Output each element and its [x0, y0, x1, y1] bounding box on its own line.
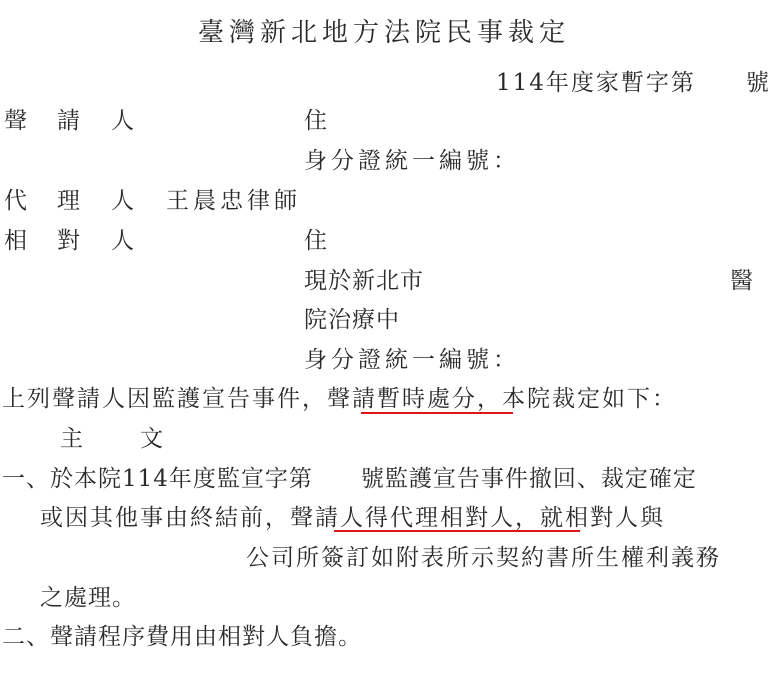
respondent-label-char: 相 — [4, 226, 27, 256]
petitioner-label-char: 人 — [111, 106, 134, 136]
case-number: 114年度家暫字第 號 — [496, 68, 771, 98]
ruling-1-line2: 或因其他事由終結前，聲請人得代理相對人，就相對人與 — [40, 503, 665, 533]
ruling-1-line2-suffix: ，就相對人與 — [515, 505, 665, 531]
petitioner-label-char: 請 — [57, 106, 80, 136]
respondent-label-char: 人 — [111, 226, 134, 256]
agent-name: 王晨忠律師 — [166, 186, 301, 216]
intro-prefix: 上列聲請人因監護宣告事件， — [2, 386, 327, 412]
ruling-item-2: 二、聲請程序費用由相對人負擔。 — [2, 622, 362, 652]
main-text-heading-char: 主 — [60, 424, 83, 454]
respondent-id-label: 身分證統一編號： — [304, 345, 520, 375]
respondent-location-line1-tail: 醫 — [730, 266, 753, 296]
document-title: 臺灣新北地方法院民事裁定 — [198, 18, 570, 48]
petitioner-id-label: 身分證統一編號： — [304, 146, 520, 176]
petitioner-label-char: 聲 — [4, 106, 27, 136]
ruling-1-line2-prefix: 或因其他事由終結前， — [40, 505, 290, 531]
main-text-heading-char: 文 — [140, 424, 163, 454]
intro-paragraph: 上列聲請人因監護宣告事件，聲請暫時處分，本院裁定如下： — [2, 384, 677, 414]
respondent-address-label: 住 — [304, 226, 327, 256]
ruling-1-line4: 之處理。 — [40, 583, 136, 613]
ruling-1-line2-highlighted: 聲請人得代理相對人 — [290, 505, 515, 531]
agent-label-char: 人 — [111, 186, 134, 216]
red-underline — [361, 412, 513, 414]
intro-suffix: ，本院裁定如下： — [477, 386, 677, 412]
respondent-location-line2: 院治療中 — [304, 305, 400, 335]
respondent-location-line1: 現於新北市 — [304, 266, 424, 296]
ruling-1-line3: 公司所簽訂如附表所示契約書所生權利義務 — [246, 543, 721, 573]
agent-label-char: 理 — [57, 186, 80, 216]
petitioner-address-label: 住 — [304, 106, 327, 136]
intro-highlighted: 聲請暫時處分 — [327, 386, 477, 412]
red-underline — [334, 530, 580, 532]
ruling-1-line1: 一、於本院114年度監宣字第 號監護宣告事件撤回、裁定確定 — [2, 464, 697, 494]
respondent-label-char: 對 — [57, 226, 80, 256]
agent-label-char: 代 — [4, 186, 27, 216]
